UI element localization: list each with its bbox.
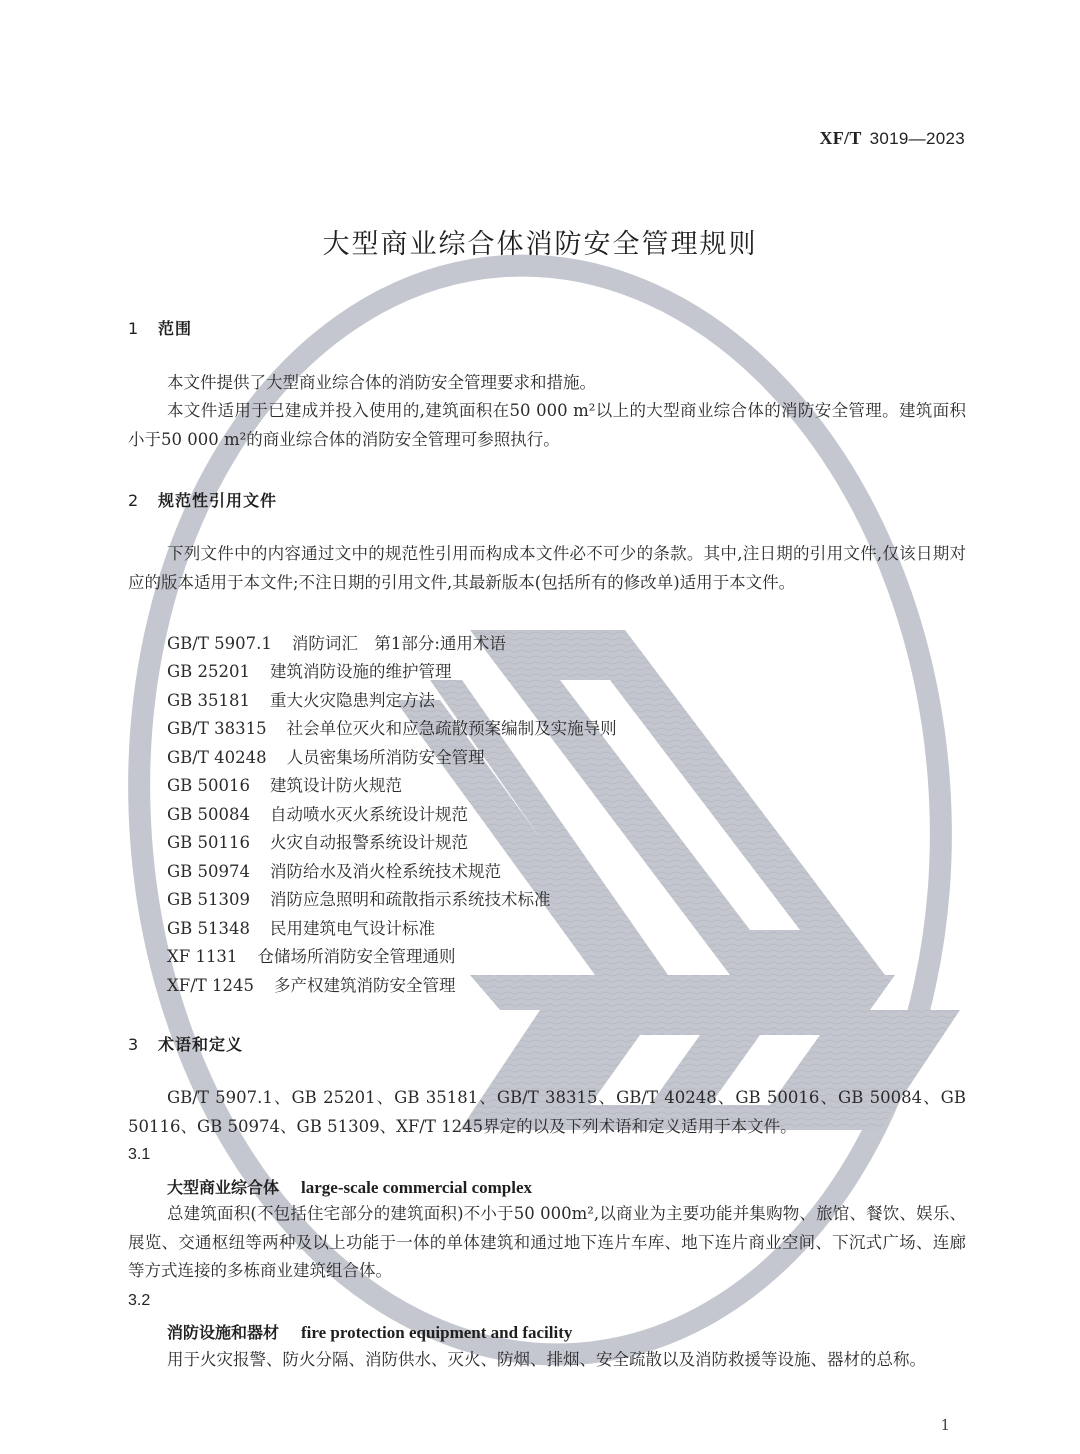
term-heading: 消防设施和器材fire protection equipment and fac… bbox=[167, 1320, 572, 1343]
reference-item: GB 50084自动喷水灭火系统设计规范 bbox=[167, 801, 468, 825]
section-heading-normative-references: 2规范性引用文件 bbox=[128, 488, 277, 511]
reference-item: GB/T 5907.1消防词汇 第1部分:通用术语 bbox=[167, 630, 506, 654]
term-heading: 大型商业综合体large-scale commercial complex bbox=[167, 1175, 532, 1198]
clause-number: 3.1 bbox=[128, 1146, 150, 1164]
standard-code: XF/T bbox=[819, 128, 861, 148]
reference-item: XF/T 1245多产权建筑消防安全管理 bbox=[167, 972, 456, 996]
term-definition: 总建筑面积(不包括住宅部分的建筑面积)不小于50 000m²,以商业为主要功能并… bbox=[128, 1200, 966, 1286]
reference-item: GB/T 38315社会单位灭火和应急疏散预案编制及实施导则 bbox=[167, 715, 617, 739]
reference-item: XF 1131仓储场所消防安全管理通则 bbox=[167, 943, 455, 967]
standard-year: 3019—2023 bbox=[870, 129, 965, 148]
reference-item: GB 50974消防给水及消火栓系统技术规范 bbox=[167, 858, 501, 882]
reference-item: GB 35181重大火灾隐患判定方法 bbox=[167, 687, 435, 711]
section-heading-terms-definitions: 3术语和定义 bbox=[128, 1032, 243, 1055]
section-heading-scope: 1范围 bbox=[128, 316, 192, 339]
page-number: 1 bbox=[940, 1416, 950, 1434]
paragraph: 本文件适用于已建成并投入使用的,建筑面积在50 000 m²以上的大型商业综合体… bbox=[128, 397, 966, 454]
paragraph: GB/T 5907.1、GB 25201、GB 35181、GB/T 38315… bbox=[128, 1084, 966, 1141]
standard-number: XF/T3019—2023 bbox=[819, 128, 965, 149]
document-title: 大型商业综合体消防安全管理规则 bbox=[0, 222, 1080, 261]
paragraph: 下列文件中的内容通过文中的规范性引用而构成本文件必不可少的条款。其中,注日期的引… bbox=[128, 540, 966, 597]
reference-item: GB 51309消防应急照明和疏散指示系统技术标准 bbox=[167, 886, 551, 910]
reference-item: GB 50116火灾自动报警系统设计规范 bbox=[167, 829, 468, 853]
term-definition: 用于火灾报警、防火分隔、消防供水、灭火、防烟、排烟、安全疏散以及消防救援等设施、… bbox=[128, 1346, 966, 1375]
reference-item: GB 51348民用建筑电气设计标准 bbox=[167, 915, 435, 939]
paragraph: 本文件提供了大型商业综合体的消防安全管理要求和措施。 bbox=[128, 369, 966, 398]
document-page: XF/T3019—2023 大型商业综合体消防安全管理规则 1范围 本文件提供了… bbox=[0, 0, 1080, 1454]
reference-item: GB/T 40248人员密集场所消防安全管理 bbox=[167, 744, 485, 768]
reference-item: GB 25201建筑消防设施的维护管理 bbox=[167, 658, 452, 682]
clause-number: 3.2 bbox=[128, 1292, 150, 1310]
reference-item: GB 50016建筑设计防火规范 bbox=[167, 772, 402, 796]
